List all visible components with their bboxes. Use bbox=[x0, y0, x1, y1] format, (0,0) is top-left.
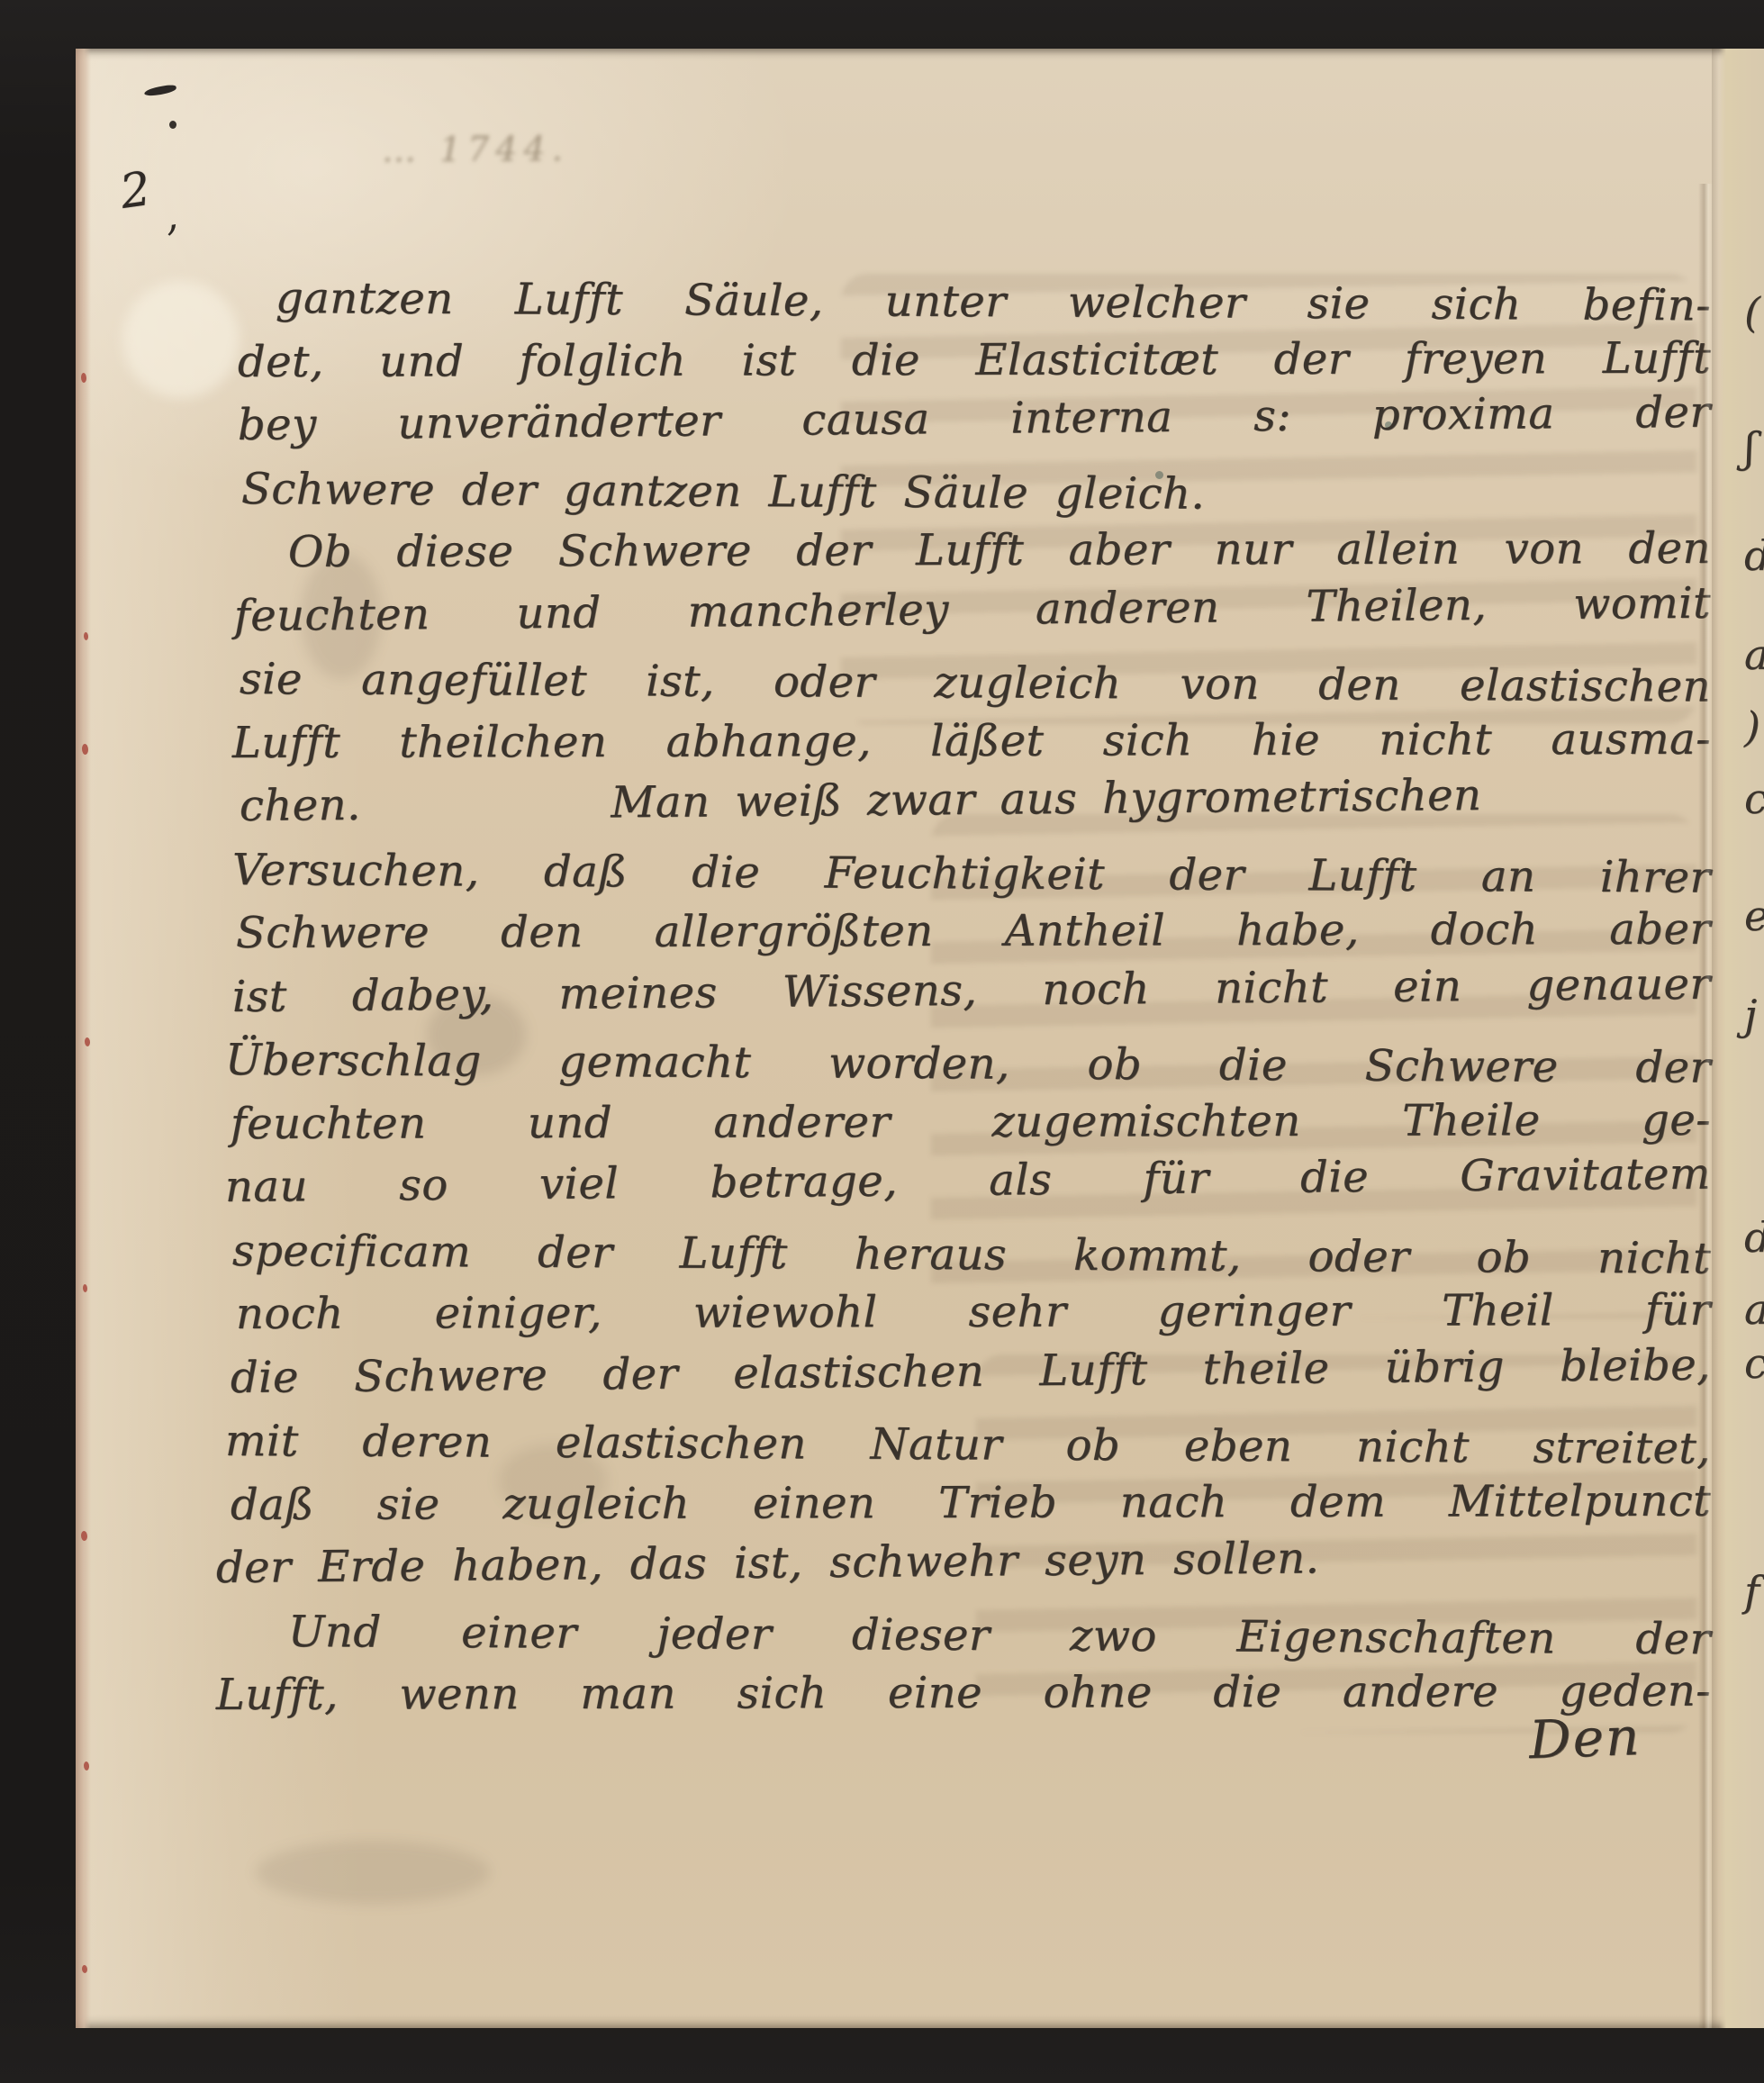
catchword: Den bbox=[1528, 1706, 1642, 1771]
manuscript-line: Schwere den allergrößten Antheil habe, d… bbox=[236, 901, 1711, 961]
manuscript-line: feuchten und anderer zugemischten Theile… bbox=[231, 1092, 1711, 1152]
manuscript-line: Und einer jeder dieser zwo Eigenschaften… bbox=[288, 1604, 1711, 1667]
next-page-ink-stroke: e bbox=[1744, 892, 1764, 940]
manuscript-line: specificam der Lufft heraus kommt, oder … bbox=[232, 1223, 1711, 1287]
manuscript-line: noch einiger, wiewohl sehr geringer Thei… bbox=[236, 1282, 1711, 1342]
manuscript-line: Lufft, wenn man sich eine ohne die ander… bbox=[216, 1663, 1711, 1723]
manuscript-line: gantzen Lufft Säule, unter welcher sie s… bbox=[276, 270, 1711, 333]
manuscript-line: det, und folglich ist die Elasticitæt de… bbox=[238, 331, 1711, 390]
next-page-ink-stroke: ʃ bbox=[1744, 423, 1756, 472]
manuscript-scan: { "document": { "kind": "handwritten man… bbox=[0, 0, 1764, 2083]
manuscript-text-block: gantzen Lufft Säule, unter welcher sie s… bbox=[76, 49, 1764, 2028]
manuscript-line: Schwere der gantzen Lufft Säule gleich. bbox=[241, 461, 1206, 522]
next-page-ink-stroke: a bbox=[1744, 1285, 1764, 1334]
paper-page: … 1744. 2 , gantzen Lufft Säule, unter w… bbox=[76, 49, 1764, 2028]
next-page-ink-stroke: ) bbox=[1744, 702, 1760, 751]
next-page-ink-stroke: d bbox=[1744, 531, 1764, 580]
next-page-ink-stroke: d bbox=[1744, 1213, 1764, 1262]
next-page-ink-stroke: ( bbox=[1744, 288, 1760, 337]
manuscript-line: Lufft theilchen abhange, läßet sich hie … bbox=[232, 711, 1711, 771]
manuscript-line: nau so viel betrage, als für die Gravita… bbox=[225, 1146, 1711, 1215]
manuscript-line: feuchten und mancherley anderen Theilen,… bbox=[234, 575, 1711, 644]
next-page-edge: ( ʃ d a ) c e j d a c f bbox=[1712, 49, 1764, 2028]
manuscript-line: bey unveränderter causa interna s: proxi… bbox=[238, 385, 1711, 453]
page-crease bbox=[1698, 184, 1713, 2028]
manuscript-line: der Erde haben, das ist, schwehr seyn so… bbox=[216, 1530, 1320, 1596]
manuscript-line: die Schwere der elastischen Lufft theile… bbox=[231, 1337, 1711, 1406]
manuscript-line: Ob diese Schwere der Lufft aber nur alle… bbox=[288, 521, 1711, 580]
manuscript-line: sie angefüllet ist, oder zugleich von de… bbox=[240, 651, 1711, 715]
next-page-ink-stroke: j bbox=[1744, 991, 1757, 1039]
next-page-ink-stroke: a bbox=[1744, 630, 1764, 679]
manuscript-line: daß sie zugleich einen Trieb nach dem Mi… bbox=[231, 1473, 1711, 1533]
next-page-ink-stroke: c bbox=[1744, 774, 1764, 823]
manuscript-line: ist dabey, meines Wissens, noch nicht ei… bbox=[232, 956, 1711, 1025]
next-page-ink-stroke: f bbox=[1744, 1567, 1759, 1616]
manuscript-line: chen. Man weiß zwar aus hygrometrischen bbox=[240, 767, 1482, 834]
next-page-ink-stroke: c bbox=[1744, 1339, 1764, 1388]
manuscript-line: Überschlag gemacht worden, ob die Schwer… bbox=[225, 1032, 1711, 1096]
manuscript-line: mit deren elastischen Natur ob eben nich… bbox=[225, 1413, 1711, 1477]
manuscript-line: Versuchen, daß die Feuchtigkeit der Luff… bbox=[232, 842, 1711, 906]
